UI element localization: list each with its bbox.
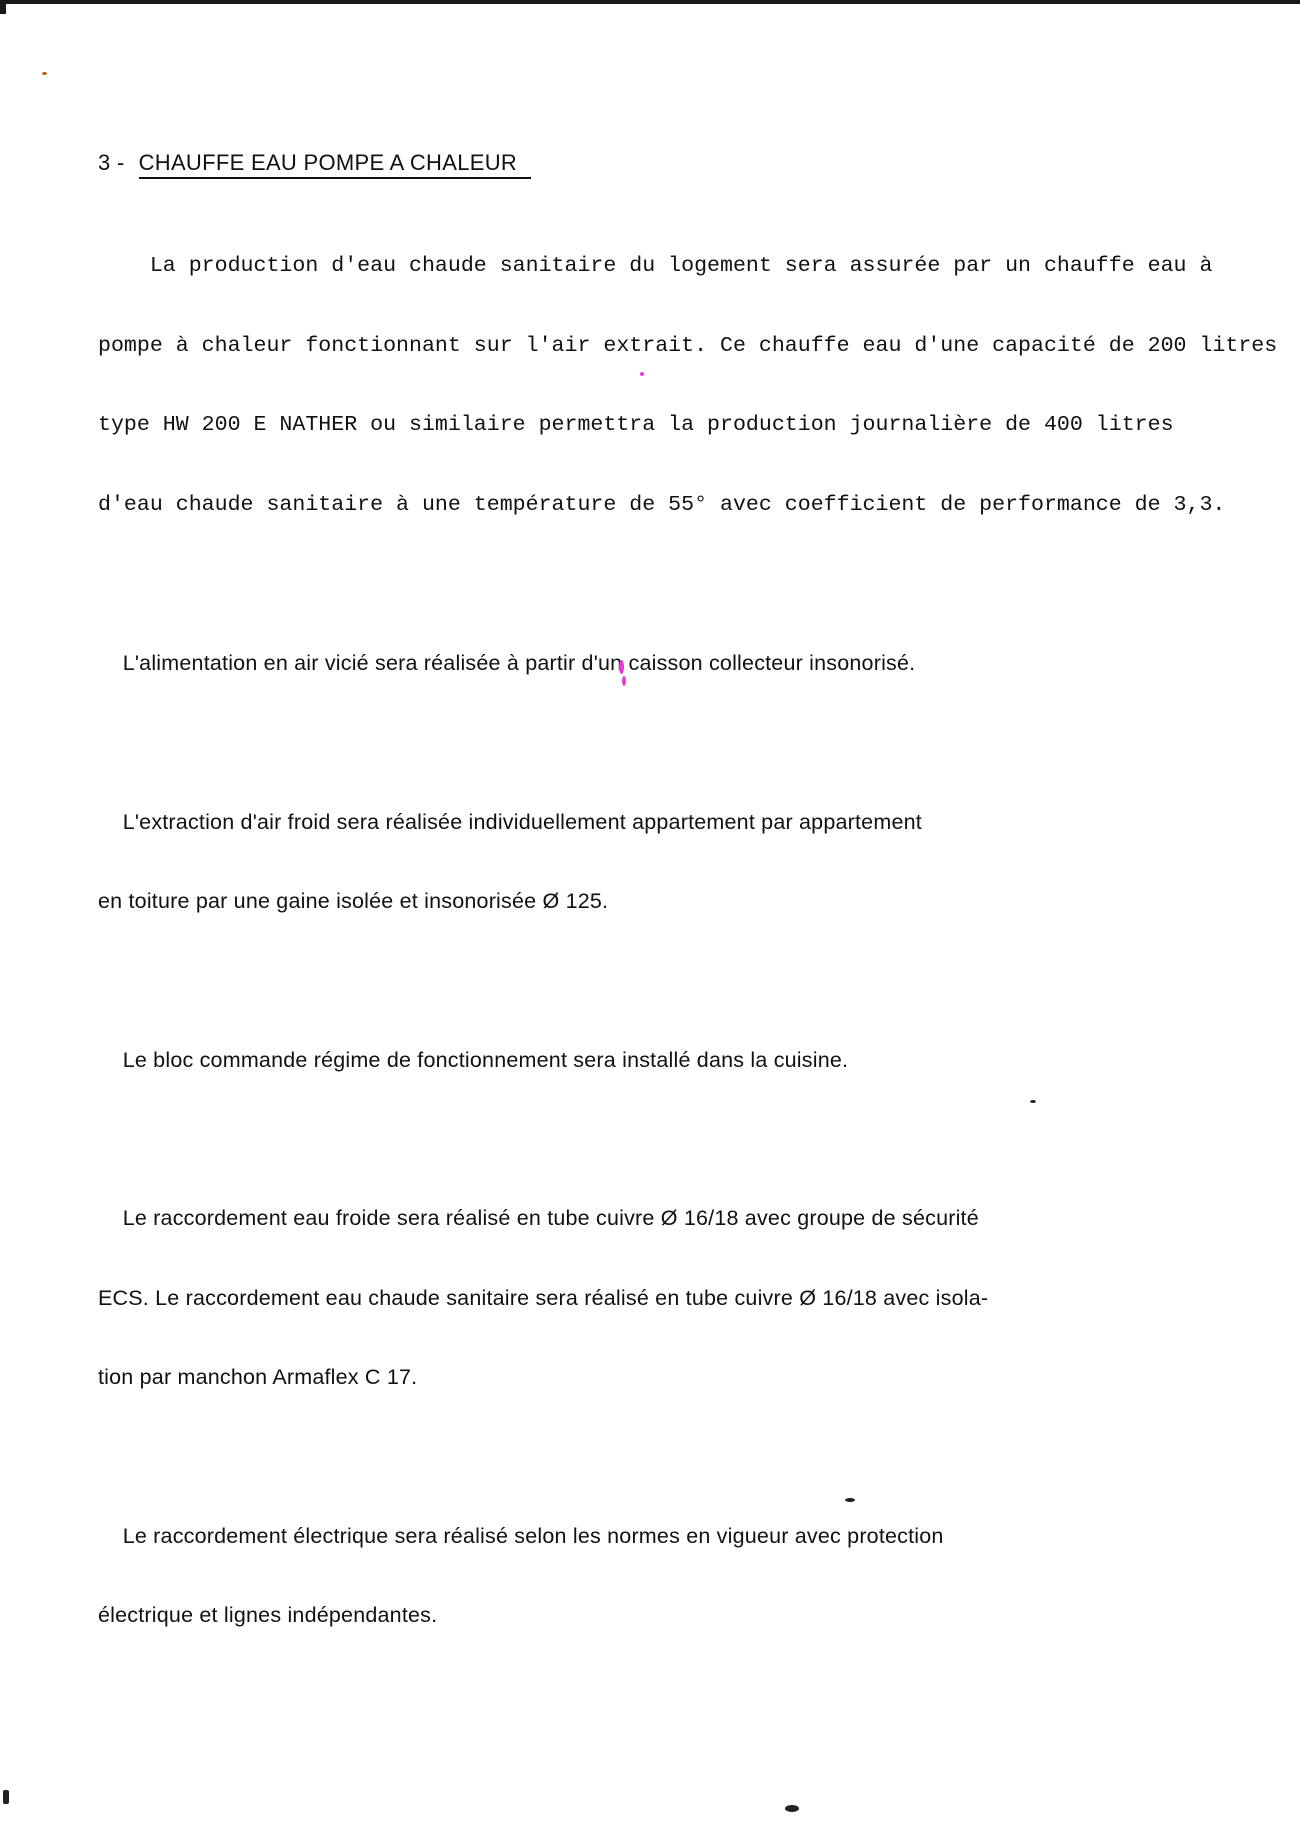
section-title: CHAUFFE EAU POMPE A CHALEUR <box>139 150 532 179</box>
text-line: La production d'eau chaude sanitaire du … <box>98 253 1298 280</box>
text-line: Le bloc commande régime de fonctionnemen… <box>98 1047 1298 1074</box>
text-line: en toiture par une gaine isolée et inson… <box>98 888 1298 915</box>
section-number: 3 - <box>98 150 125 175</box>
scan-speck <box>3 1790 9 1804</box>
document-page: 3 -CHAUFFE EAU POMPE A CHALEUR La produc… <box>98 150 1298 1708</box>
paragraph-alimentation: L'alimentation en air vicié sera réalisé… <box>98 597 1298 730</box>
paragraph-raccordement-electrique: Le raccordement électrique sera réalisé … <box>98 1470 1298 1682</box>
text-line: ECS. Le raccordement eau chaude sanitair… <box>98 1285 1298 1312</box>
scan-corner <box>0 0 6 14</box>
scan-speck <box>1030 1100 1036 1103</box>
paragraph-raccordement-eau: Le raccordement eau froide sera réalisé … <box>98 1152 1298 1444</box>
paragraph-bloc-commande: Le bloc commande régime de fonctionnemen… <box>98 994 1298 1127</box>
text-line: pompe à chaleur fonctionnant sur l'air e… <box>98 333 1298 360</box>
scan-speck <box>845 1498 855 1502</box>
text-line: électrique et lignes indépendantes. <box>98 1602 1298 1629</box>
text-line: type HW 200 E NATHER ou similaire permet… <box>98 412 1298 439</box>
scan-speck <box>785 1805 799 1812</box>
text-line: d'eau chaude sanitaire à une température… <box>98 492 1298 519</box>
ink-stain <box>622 676 626 686</box>
ink-stain <box>640 372 644 376</box>
text-line: Le raccordement électrique sera réalisé … <box>98 1523 1298 1550</box>
paragraph-production: La production d'eau chaude sanitaire du … <box>98 200 1298 571</box>
ink-stain <box>619 660 624 674</box>
text-line: tion par manchon Armaflex C 17. <box>98 1364 1298 1391</box>
text-line: L'extraction d'air froid sera réalisée i… <box>98 809 1298 836</box>
text-line: Le raccordement eau froide sera réalisé … <box>98 1205 1298 1232</box>
scan-speck <box>42 72 47 75</box>
paragraph-extraction: L'extraction d'air froid sera réalisée i… <box>98 756 1298 968</box>
scan-top-edge <box>0 0 1300 4</box>
section-heading: 3 -CHAUFFE EAU POMPE A CHALEUR <box>98 150 1298 176</box>
text-line: L'alimentation en air vicié sera réalisé… <box>98 650 1298 677</box>
